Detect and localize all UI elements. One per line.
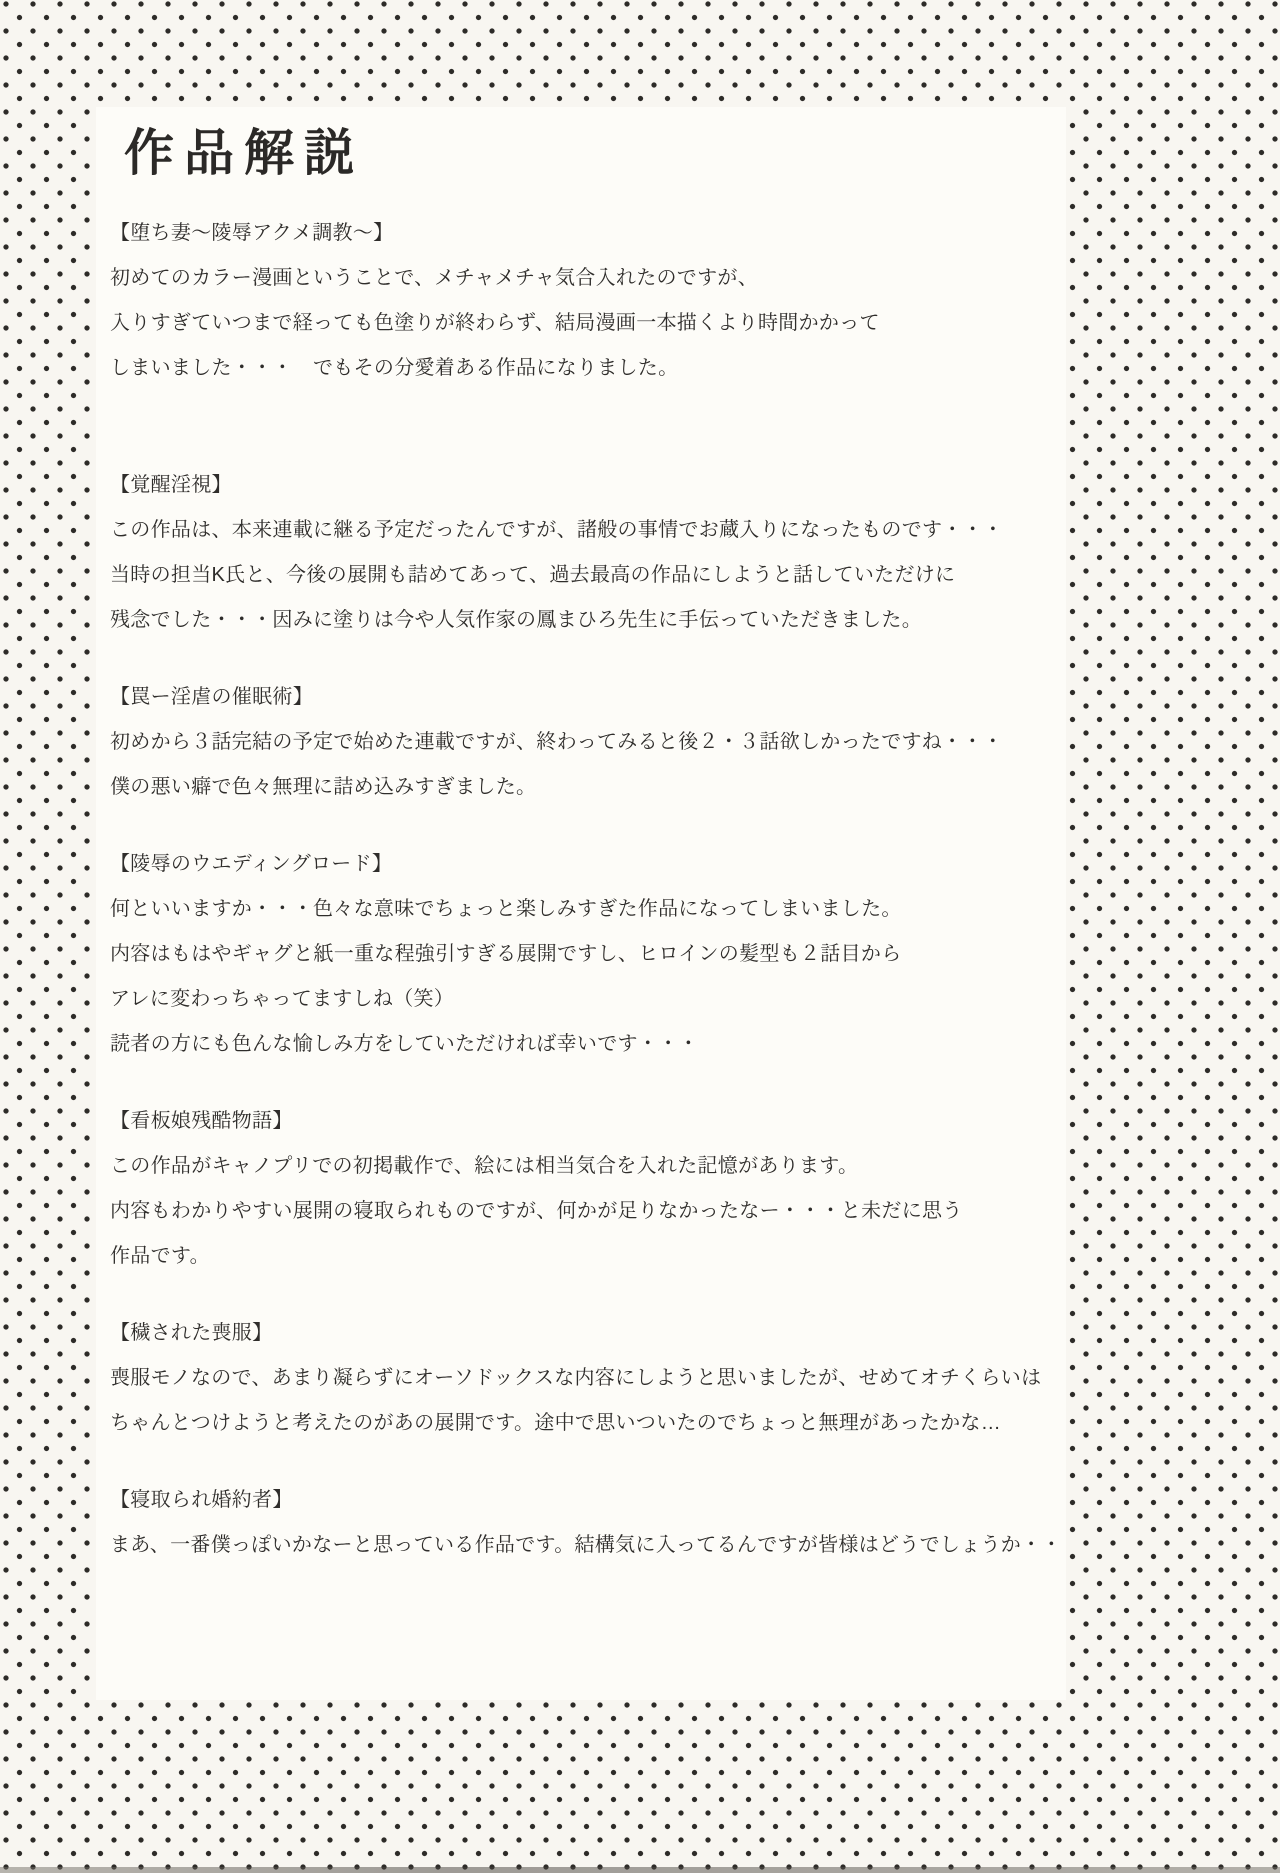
section-heading: 【罠ー淫虐の催眠術】 — [110, 675, 1066, 720]
section-line: 作品です。 — [110, 1234, 1066, 1279]
section-line: アレに変わっちゃってますしね（笑） — [110, 977, 1066, 1022]
section-line: 内容もわかりやすい展開の寝取られものですが、何かが足りなかったなー・・・と未だに… — [110, 1189, 1066, 1234]
section-line: 読者の方にも色んな愉しみ方をしていただければ幸いです・・・ — [110, 1022, 1066, 1067]
polka-dot-background: 作品解説 【堕ち妻～陵辱アクメ調教～】 初めてのカラー漫画ということで、メチャメ… — [0, 0, 1280, 1873]
section: 【陵辱のウエディングロード】 何といいますか・・・色々な意味でちょっと楽しみすぎ… — [110, 842, 1066, 1067]
scan-bottom-edge — [0, 1867, 1280, 1873]
section-line: この作品は、本来連載に継る予定だったんですが、諸般の事情でお蔵入りになったもので… — [110, 508, 1066, 553]
section: 【罠ー淫虐の催眠術】 初めから３話完結の予定で始めた連載ですが、終わってみると後… — [110, 675, 1066, 810]
section-heading: 【看板娘残酷物語】 — [110, 1099, 1066, 1144]
sections-container: 【堕ち妻～陵辱アクメ調教～】 初めてのカラー漫画ということで、メチャメチャ気合入… — [110, 211, 1066, 1568]
section-line: 入りすぎていつまで経っても色塗りが終わらず、結局漫画一本描くより時間かかって — [110, 301, 1066, 346]
section: 【看板娘残酷物語】 この作品がキャノプリでの初掲載作で、絵には相当気合を入れた記… — [110, 1099, 1066, 1279]
section: 【覚醒淫視】 この作品は、本来連載に継る予定だったんですが、諸般の事情でお蔵入り… — [110, 463, 1066, 643]
section-line: 何といいますか・・・色々な意味でちょっと楽しみすぎた作品になってしまいました。 — [110, 887, 1066, 932]
section-line: 当時の担当K氏と、今後の展開も詰めてあって、過去最高の作品にしようと話していただ… — [110, 553, 1066, 598]
section-heading: 【陵辱のウエディングロード】 — [110, 842, 1066, 887]
page-title: 作品解説 — [124, 117, 1066, 189]
section-heading: 【堕ち妻～陵辱アクメ調教～】 — [110, 211, 1066, 256]
section-heading: 【覚醒淫視】 — [110, 463, 1066, 508]
section-line: しまいました・・・ でもその分愛着ある作品になりました。 — [110, 346, 1066, 391]
section: 【穢された喪服】 喪服モノなので、あまり凝らずにオーソドックスな内容にしようと思… — [110, 1311, 1066, 1446]
section-line: ちゃんとつけようと考えたのがあの展開です。途中で思いついたのでちょっと無理があっ… — [110, 1401, 1066, 1446]
section: 【堕ち妻～陵辱アクメ調教～】 初めてのカラー漫画ということで、メチャメチャ気合入… — [110, 211, 1066, 391]
section-line: この作品がキャノプリでの初掲載作で、絵には相当気合を入れた記憶があります。 — [110, 1144, 1066, 1189]
section-line: 僕の悪い癖で色々無理に詰め込みすぎました。 — [110, 765, 1066, 810]
section-line: まあ、一番僕っぽいかなーと思っている作品です。結構気に入ってるんですが皆様はどう… — [110, 1523, 1066, 1568]
section-heading: 【穢された喪服】 — [110, 1311, 1066, 1356]
section: 【寝取られ婚約者】 まあ、一番僕っぽいかなーと思っている作品です。結構気に入って… — [110, 1478, 1066, 1568]
section-heading: 【寝取られ婚約者】 — [110, 1478, 1066, 1523]
section-line: 喪服モノなので、あまり凝らずにオーソドックスな内容にしようと思いましたが、せめて… — [110, 1356, 1066, 1401]
section-line: 初めから３話完結の予定で始めた連載ですが、終わってみると後２・３話欲しかったです… — [110, 720, 1066, 765]
content-card: 作品解説 【堕ち妻～陵辱アクメ調教～】 初めてのカラー漫画ということで、メチャメ… — [96, 107, 1066, 1700]
section-line: 内容はもはやギャグと紙一重な程強引すぎる展開ですし、ヒロインの髪型も２話目から — [110, 932, 1066, 977]
section-line: 初めてのカラー漫画ということで、メチャメチャ気合入れたのですが、 — [110, 256, 1066, 301]
section-line: 残念でした・・・因みに塗りは今や人気作家の鳳まひろ先生に手伝っていただきました。 — [110, 598, 1066, 643]
